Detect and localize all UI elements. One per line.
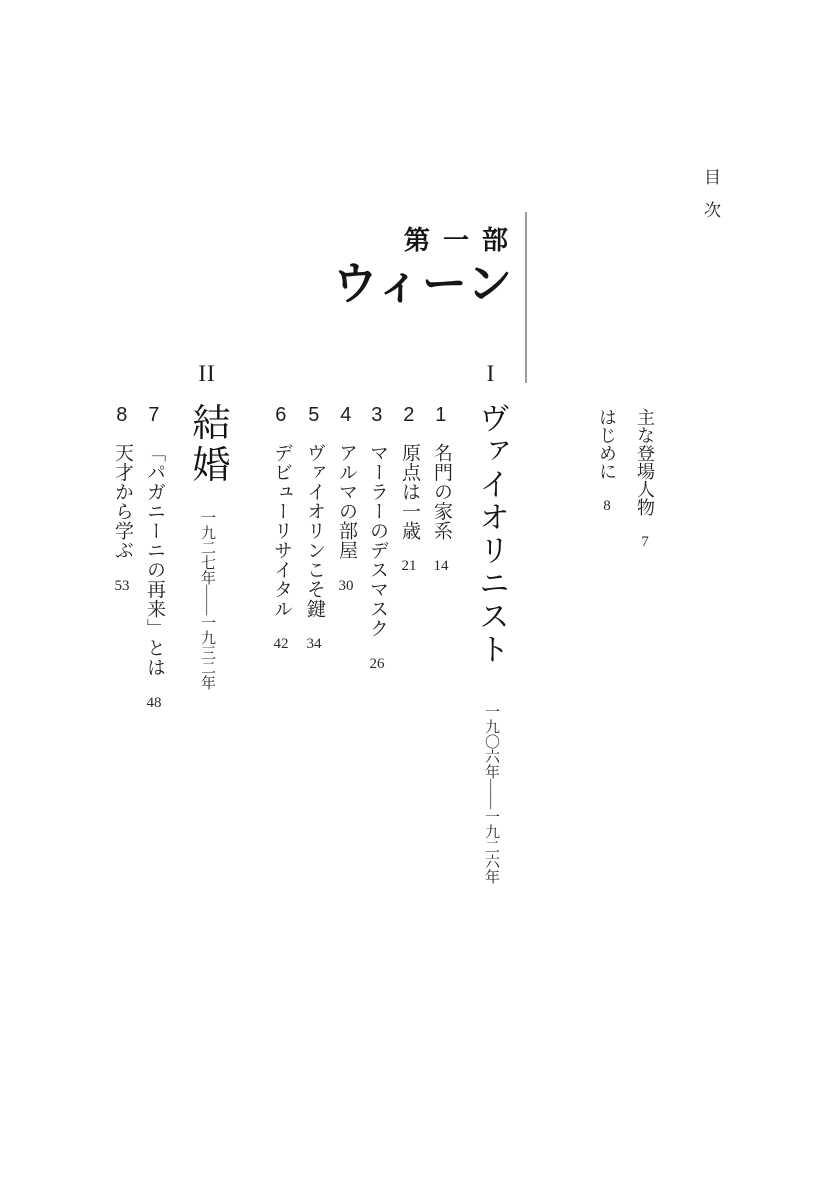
chapter-page: 34	[307, 637, 322, 652]
section-title: ヴァイオリニスト	[474, 402, 509, 666]
toc-entry-page: 8	[603, 499, 611, 514]
chapter-title: マーラーのデスマスク	[367, 443, 388, 638]
chapter-number: 2	[403, 405, 415, 425]
section-title: 結婚	[186, 402, 228, 486]
chapter-page: 30	[339, 579, 354, 594]
chapter-title: 原点は一歳	[399, 443, 420, 541]
part-label: 第一部	[333, 226, 521, 256]
vertical-rule	[525, 212, 527, 383]
chapter-number: 3	[371, 405, 383, 425]
chapter-number: 5	[308, 405, 320, 425]
chapter-title: アルマの部屋	[336, 443, 357, 560]
section-2-heading: II 結婚 一九二七年――一九三二年	[188, 362, 226, 690]
part-heading: 第一部 ウィーン	[333, 226, 512, 308]
chapter-number: 6	[275, 405, 287, 425]
chapter-title: ヴァイオリンこそ鍵	[304, 443, 325, 619]
chapter-title: 名門の家系	[431, 443, 452, 541]
chapter-page: 26	[370, 657, 385, 672]
part-title: ウィーン	[333, 259, 513, 309]
toc-entry-title: 主な登場人物	[635, 408, 655, 516]
chapter-page: 42	[274, 637, 289, 652]
toc-entry-chapter-1: 1 名門の家系 14	[432, 405, 451, 574]
chapter-title: 「パガニーニの再来」とは	[144, 443, 165, 677]
chapter-title: デビューリサイタル	[271, 443, 292, 619]
chapter-page: 53	[115, 579, 130, 594]
section-1-heading: I ヴァイオリニスト 一九〇六年――一九二六年	[476, 362, 507, 884]
section-numeral: II	[198, 362, 215, 385]
toc-entry-chapter-3: 3 マーラーのデスマスク 26	[368, 405, 387, 672]
chapter-page: 14	[434, 559, 449, 574]
toc-entry-chapter-7: 7 「パガニーニの再来」とは 48	[145, 405, 164, 711]
chapter-number: 7	[148, 405, 160, 425]
toc-entry-cast: 主な登場人物 7	[636, 408, 654, 550]
chapter-number: 4	[340, 405, 352, 425]
toc-entry-page: 7	[641, 535, 649, 550]
toc-entry-chapter-5: 5 ヴァイオリンこそ鍵 34	[305, 405, 324, 652]
chapter-number: 8	[116, 405, 128, 425]
chapter-number: 1	[435, 405, 447, 425]
toc-page: 目次 第一部 ウィーン 主な登場人物 7 はじめに 8 I ヴァイオリニスト 一…	[0, 0, 827, 1200]
chapter-page: 21	[402, 559, 417, 574]
section-years: 一九二七年――一九三二年	[199, 510, 215, 690]
toc-entry-chapter-8: 8 天才から学ぶ 53	[113, 405, 132, 594]
toc-entry-chapter-6: 6 デビューリサイタル 42	[272, 405, 291, 652]
section-numeral: I	[487, 362, 496, 385]
toc-entry-preface: はじめに 8	[598, 408, 616, 514]
chapter-page: 48	[147, 696, 162, 711]
page-title: 目次	[702, 168, 719, 234]
toc-entry-title: はじめに	[597, 408, 617, 480]
chapter-title: 天才から学ぶ	[112, 443, 133, 560]
toc-entry-chapter-4: 4 アルマの部屋 30	[337, 405, 356, 594]
section-years: 一九〇六年――一九二六年	[483, 704, 499, 884]
toc-entry-chapter-2: 2 原点は一歳 21	[400, 405, 419, 574]
